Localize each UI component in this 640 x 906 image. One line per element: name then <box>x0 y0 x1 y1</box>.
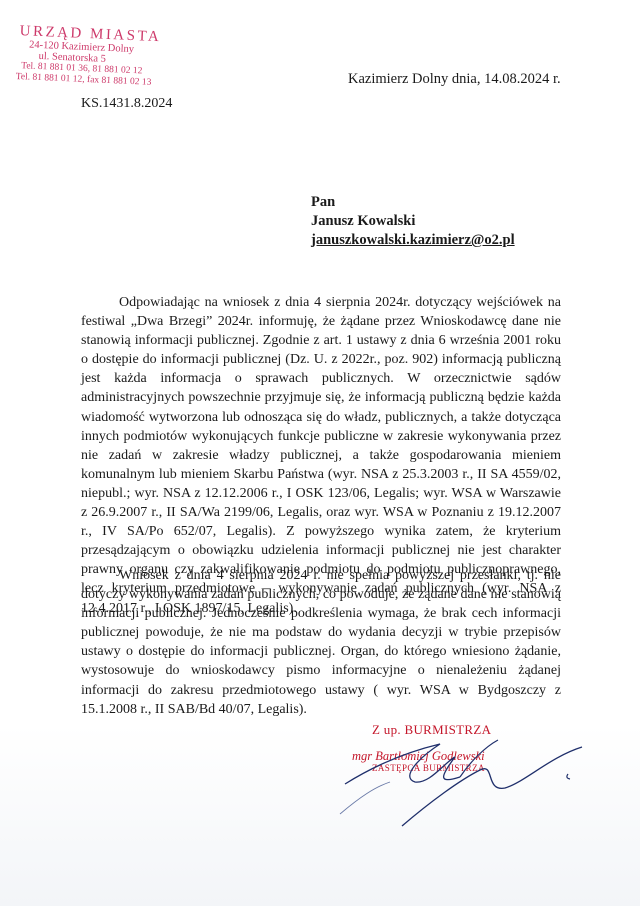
signature-block: Z up. BURMISTRZA mgr Bartłomiej Godlewsk… <box>340 722 570 802</box>
handwritten-signature-icon <box>320 722 600 832</box>
place-date: Kazimierz Dolny dnia, 14.08.2024 r. <box>348 71 561 88</box>
addressee-email: januszkowalski.kazimierz@o2.pl <box>311 231 515 250</box>
reference-number: KS.1431.8.2024 <box>81 96 172 112</box>
letter-page: URZĄD MIASTA 24-120 Kazimierz Dolny ul. … <box>0 0 640 906</box>
paragraph-text: Wniosek z dnia 4 sierpnia 2024 r. nie sp… <box>81 566 561 719</box>
addressee-name: Janusz Kowalski <box>311 212 515 231</box>
addressee-salutation: Pan <box>311 193 515 212</box>
body-paragraph-2: Wniosek z dnia 4 sierpnia 2024 r. nie sp… <box>81 566 561 719</box>
office-stamp: URZĄD MIASTA 24-120 Kazimierz Dolny ul. … <box>15 24 177 90</box>
addressee-block: Pan Janusz Kowalski januszkowalski.kazim… <box>311 193 515 250</box>
